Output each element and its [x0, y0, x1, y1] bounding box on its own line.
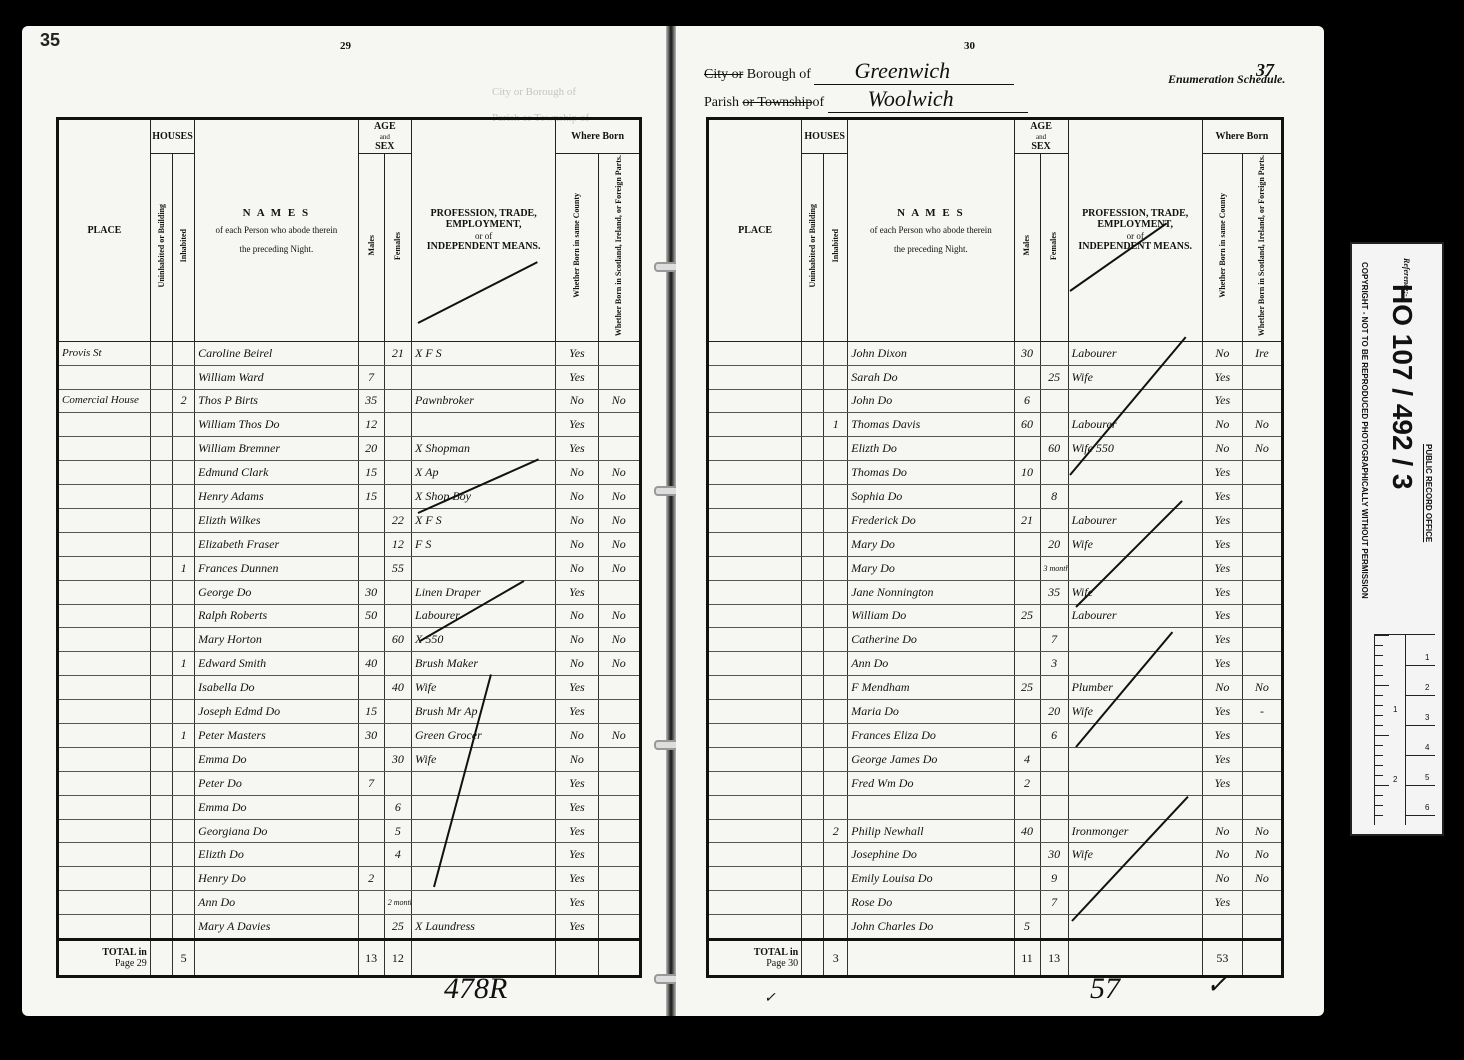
cell-name: Emily Louisa Do — [848, 867, 1014, 891]
cell-place — [708, 485, 802, 509]
ruler-cm-label: 5 — [1425, 773, 1429, 782]
cell-uninhabited — [150, 532, 172, 556]
cell-profession: X Shopman — [412, 437, 556, 461]
cell-males — [1014, 843, 1040, 867]
cell-place — [58, 843, 151, 867]
total-cell — [150, 940, 172, 977]
cell-place — [708, 915, 802, 940]
col-header-names: N A M E S of each Person who abode there… — [195, 119, 358, 342]
cell-females — [384, 867, 411, 891]
cell-name: Ann Do — [195, 891, 358, 915]
col-header-houses: HOUSES — [150, 119, 194, 154]
cell-profession — [1068, 628, 1202, 652]
cell-profession — [1068, 556, 1202, 580]
cell-foreign — [1242, 628, 1282, 652]
cell-males — [358, 819, 384, 843]
cell-females — [384, 580, 411, 604]
cell-name: Ralph Roberts — [195, 604, 358, 628]
cell-females: 30 — [1040, 843, 1068, 867]
cell-county: Yes — [556, 580, 598, 604]
cell-uninhabited — [802, 915, 824, 940]
cell-county: No — [556, 652, 598, 676]
cell-county: No — [556, 604, 598, 628]
ruler-cm-label: 4 — [1425, 743, 1429, 752]
cell-name: Philip Newhall — [848, 819, 1014, 843]
cell-uninhabited — [150, 843, 172, 867]
cell-uninhabited — [150, 508, 172, 532]
table-row: Jane Nonnington35WifeYes — [708, 580, 1283, 604]
cell-females — [384, 604, 411, 628]
ruler-cm-label: 6 — [1425, 803, 1429, 812]
cell-foreign: No — [598, 389, 640, 413]
table-row: F Mendham25PlumberNoNo — [708, 676, 1283, 700]
cell-foreign — [598, 891, 640, 915]
cell-inhabited — [172, 580, 194, 604]
table-row: Emma Do30WifeNo — [58, 747, 641, 771]
table-row: John Charles Do5 — [708, 915, 1283, 940]
cell-place — [708, 413, 802, 437]
table-row: Rose Do7Yes — [708, 891, 1283, 915]
total-cell: 13 — [1040, 940, 1068, 977]
col-header-names: N A M E S of each Person who abode there… — [848, 119, 1014, 342]
table-row: Emma Do6Yes — [58, 795, 641, 819]
table-row: Catherine Do7Yes — [708, 628, 1283, 652]
col-header-uninhabited: Uninhabited or Building — [802, 154, 824, 342]
cell-county: Yes — [556, 365, 598, 389]
cell-profession: Linen Draper — [412, 580, 556, 604]
cell-females — [384, 771, 411, 795]
cell-county: Yes — [1202, 365, 1242, 389]
cell-foreign — [598, 867, 640, 891]
cell-inhabited — [172, 795, 194, 819]
cell-name: Mary Horton — [195, 628, 358, 652]
cell-place — [58, 795, 151, 819]
cell-inhabited — [172, 819, 194, 843]
cell-females: 3 — [1040, 652, 1068, 676]
cell-profession: Wife — [412, 747, 556, 771]
cell-inhabited — [824, 461, 848, 485]
cell-inhabited — [172, 628, 194, 652]
cell-place — [708, 724, 802, 748]
cell-place — [708, 795, 802, 819]
total-label: TOTAL inPage 29 — [58, 940, 151, 977]
cell-inhabited — [824, 604, 848, 628]
cell-foreign — [1242, 508, 1282, 532]
total-cell: 5 — [172, 940, 194, 977]
cell-place — [708, 628, 802, 652]
cell-profession: Pawnbroker — [412, 389, 556, 413]
cell-name: Ann Do — [848, 652, 1014, 676]
table-row: Joseph Edmd Do15Brush Mr ApYes — [58, 700, 641, 724]
total-cell: 3 — [824, 940, 848, 977]
cell-profession: X Ap — [412, 461, 556, 485]
cell-males — [358, 915, 384, 940]
total-cell — [848, 940, 1014, 977]
cell-inhabited — [824, 724, 848, 748]
cell-place — [708, 771, 802, 795]
cell-profession — [1068, 795, 1202, 819]
cell-uninhabited — [150, 604, 172, 628]
cell-females: 4 — [384, 843, 411, 867]
cell-inhabited — [824, 365, 848, 389]
cell-profession — [1068, 771, 1202, 795]
table-row: Mary Do3 monthsYes — [708, 556, 1283, 580]
public-record-office-reference-tag: Reference:- HO 107 / 492 / 3 COPYRIGHT -… — [1350, 242, 1444, 836]
cell-foreign: No — [598, 556, 640, 580]
cell-county: Yes — [556, 437, 598, 461]
table-row: Josephine Do30WifeNoNo — [708, 843, 1283, 867]
table-row: Comercial House2Thos P Birts35Pawnbroker… — [58, 389, 641, 413]
page-number: 30 — [964, 40, 975, 52]
cell-profession: X Laundress — [412, 915, 556, 940]
table-row: Georgiana Do5Yes — [58, 819, 641, 843]
cell-foreign — [598, 700, 640, 724]
table-row: Sophia Do8Yes — [708, 485, 1283, 509]
schedule-number: 37 — [1256, 60, 1274, 81]
table-row: William Ward7Yes — [58, 365, 641, 389]
cell-males: 15 — [358, 485, 384, 509]
cell-place — [708, 819, 802, 843]
cell-uninhabited — [802, 604, 824, 628]
cell-place — [58, 771, 151, 795]
cell-uninhabited — [802, 365, 824, 389]
cell-name: Elizth Wilkes — [195, 508, 358, 532]
cell-inhabited — [172, 532, 194, 556]
cell-foreign: No — [1242, 867, 1282, 891]
cell-county: Yes — [556, 819, 598, 843]
cell-uninhabited — [802, 724, 824, 748]
cell-inhabited — [172, 700, 194, 724]
cell-males: 2 — [1014, 771, 1040, 795]
cell-females: 8 — [1040, 485, 1068, 509]
cell-uninhabited — [150, 700, 172, 724]
cell-uninhabited — [150, 819, 172, 843]
cell-foreign — [1242, 389, 1282, 413]
cell-males — [358, 508, 384, 532]
table-row: John Do6Yes — [708, 389, 1283, 413]
col-header-where-born: Where Born — [1202, 119, 1282, 154]
cell-females: 2 months — [384, 891, 411, 915]
total-row: TOTAL inPage 2951312 — [58, 940, 641, 977]
cell-males — [1014, 795, 1040, 819]
cell-females — [384, 652, 411, 676]
cell-males: 15 — [358, 700, 384, 724]
cell-uninhabited — [802, 413, 824, 437]
col-header-inhabited: Inhabited — [172, 154, 194, 342]
cell-inhabited — [172, 867, 194, 891]
cell-males: 5 — [1014, 915, 1040, 940]
cell-place — [708, 556, 802, 580]
cell-males: 2 — [358, 867, 384, 891]
cell-foreign — [1242, 365, 1282, 389]
cell-inhabited — [172, 508, 194, 532]
total-cell — [1242, 940, 1282, 977]
footer-small-tick: ✓ — [764, 990, 776, 1007]
cell-foreign: No — [1242, 819, 1282, 843]
cell-county: No — [1202, 437, 1242, 461]
cell-place — [708, 867, 802, 891]
cell-males: 4 — [1014, 747, 1040, 771]
cell-profession — [1068, 867, 1202, 891]
cell-inhabited: 1 — [172, 652, 194, 676]
cell-profession — [1068, 747, 1202, 771]
cell-foreign — [598, 341, 640, 365]
table-row: George James Do4Yes — [708, 747, 1283, 771]
cell-inhabited — [172, 604, 194, 628]
cell-name: George Do — [195, 580, 358, 604]
cell-inhabited — [824, 389, 848, 413]
cell-place — [58, 532, 151, 556]
cell-foreign — [1242, 604, 1282, 628]
cell-foreign — [598, 580, 640, 604]
cell-name: Fred Wm Do — [848, 771, 1014, 795]
cell-name: Caroline Beirel — [195, 341, 358, 365]
cell-males: 30 — [358, 724, 384, 748]
cell-inhabited: 2 — [824, 819, 848, 843]
cell-name: Catherine Do — [848, 628, 1014, 652]
cell-males: 7 — [358, 771, 384, 795]
cell-inhabited — [824, 867, 848, 891]
cell-males — [1014, 724, 1040, 748]
cell-name: Edward Smith — [195, 652, 358, 676]
table-row: George Do30Linen DraperYes — [58, 580, 641, 604]
table-row: Peter Do7Yes — [58, 771, 641, 795]
cell-females: 35 — [1040, 580, 1068, 604]
cell-county: Yes — [1202, 724, 1242, 748]
cell-females — [384, 700, 411, 724]
cell-profession: Labourer — [1068, 604, 1202, 628]
cell-inhabited — [824, 676, 848, 700]
cell-place — [708, 437, 802, 461]
ruler-cm-label: 1 — [1425, 653, 1429, 662]
cell-males — [1014, 556, 1040, 580]
table-row: Frederick Do21LabourerYes — [708, 508, 1283, 532]
cell-place — [58, 652, 151, 676]
table-row: 1Edward Smith40Brush MakerNoNo — [58, 652, 641, 676]
cell-name: F Mendham — [848, 676, 1014, 700]
table-row: Henry Adams15X Shop BoyNoNo — [58, 485, 641, 509]
cell-name: Mary A Davies — [195, 915, 358, 940]
cell-females — [384, 365, 411, 389]
cell-foreign — [1242, 771, 1282, 795]
cell-foreign: No — [1242, 413, 1282, 437]
total-cell: 12 — [384, 940, 411, 977]
cell-county: Yes — [1202, 532, 1242, 556]
cell-name: Peter Masters — [195, 724, 358, 748]
cell-inhabited — [172, 843, 194, 867]
cell-males — [1014, 365, 1040, 389]
cell-county: Yes — [1202, 652, 1242, 676]
cell-foreign — [1242, 795, 1282, 819]
cell-females: 55 — [384, 556, 411, 580]
borough-line: City or Borough of Greenwich — [704, 58, 1014, 85]
col-header-uninhabited: Uninhabited or Building — [150, 154, 172, 342]
cell-county: Yes — [556, 413, 598, 437]
cell-place — [708, 389, 802, 413]
total-cell — [802, 940, 824, 977]
cell-county: No — [556, 485, 598, 509]
cell-males: 25 — [1014, 676, 1040, 700]
cell-foreign — [1242, 747, 1282, 771]
cell-profession — [412, 556, 556, 580]
cell-place — [58, 700, 151, 724]
cell-name: Mary Do — [848, 532, 1014, 556]
cell-profession — [1068, 461, 1202, 485]
cell-foreign — [598, 437, 640, 461]
cell-males — [358, 843, 384, 867]
cell-males: 20 — [358, 437, 384, 461]
table-row: Ralph Roberts50LabourerNoNo — [58, 604, 641, 628]
cell-males — [1014, 891, 1040, 915]
cell-place — [58, 508, 151, 532]
cell-county: Yes — [1202, 747, 1242, 771]
cell-county: Yes — [1202, 461, 1242, 485]
cell-uninhabited — [802, 532, 824, 556]
cell-name: Emma Do — [195, 795, 358, 819]
cell-males: 60 — [1014, 413, 1040, 437]
col-header-foreign-parts: Whether Born in Scotland, Ireland, or Fo… — [1242, 154, 1282, 342]
cell-foreign — [598, 747, 640, 771]
book-gutter — [666, 26, 676, 1016]
cell-males: 12 — [358, 413, 384, 437]
cell-place — [708, 676, 802, 700]
cell-county: Yes — [556, 341, 598, 365]
cell-uninhabited — [802, 628, 824, 652]
cell-name: Elizabeth Fraser — [195, 532, 358, 556]
cell-profession: Labourer — [1068, 413, 1202, 437]
cell-foreign — [598, 795, 640, 819]
cell-females — [384, 461, 411, 485]
cell-inhabited — [172, 891, 194, 915]
cell-name: William Bremner — [195, 437, 358, 461]
cell-females: 5 — [384, 819, 411, 843]
cell-county: Yes — [1202, 580, 1242, 604]
cell-place — [58, 891, 151, 915]
cell-county: No — [556, 508, 598, 532]
cell-foreign: No — [598, 508, 640, 532]
table-row: Sarah Do25WifeYes — [708, 365, 1283, 389]
cell-inhabited — [824, 700, 848, 724]
cell-females: 30 — [384, 747, 411, 771]
table-row: Ann Do3Yes — [708, 652, 1283, 676]
reference-number: HO 107 / 492 / 3 — [1386, 284, 1418, 489]
cell-females: 6 — [384, 795, 411, 819]
cell-uninhabited — [150, 365, 172, 389]
cell-uninhabited — [150, 771, 172, 795]
cell-uninhabited — [802, 867, 824, 891]
cell-county: No — [556, 747, 598, 771]
cell-county — [1202, 915, 1242, 940]
cell-place — [58, 556, 151, 580]
cell-uninhabited — [150, 437, 172, 461]
census-table-page-29: PLACE HOUSES N A M E S of each Person wh… — [56, 117, 642, 978]
cell-county: Yes — [1202, 485, 1242, 509]
cell-inhabited — [824, 652, 848, 676]
cell-name: Peter Do — [195, 771, 358, 795]
cell-females — [1040, 819, 1068, 843]
cell-uninhabited — [802, 747, 824, 771]
cell-profession — [412, 843, 556, 867]
cell-uninhabited — [802, 700, 824, 724]
cell-males: 40 — [1014, 819, 1040, 843]
cell-name: William Thos Do — [195, 413, 358, 437]
cell-females — [1040, 747, 1068, 771]
cell-uninhabited — [802, 819, 824, 843]
table-row: Ann Do2 monthsYes — [58, 891, 641, 915]
cell-uninhabited — [150, 795, 172, 819]
cell-county — [1202, 795, 1242, 819]
cell-uninhabited — [150, 628, 172, 652]
cell-county: Yes — [1202, 604, 1242, 628]
cell-females — [1040, 341, 1068, 365]
cell-inhabited — [172, 437, 194, 461]
col-header-same-county: Whether Born in same County — [1202, 154, 1242, 342]
cell-place — [708, 365, 802, 389]
cell-name: John Charles Do — [848, 915, 1014, 940]
total-cell: 11 — [1014, 940, 1040, 977]
cell-inhabited — [824, 485, 848, 509]
cell-foreign — [598, 915, 640, 940]
cell-females: 60 — [1040, 437, 1068, 461]
table-row: Mary A Davies25X LaundressYes — [58, 915, 641, 940]
cell-females: 40 — [384, 676, 411, 700]
cell-name: Georgiana Do — [195, 819, 358, 843]
col-header-profession: PROFESSION, TRADE, EMPLOYMENT, or of IND… — [412, 119, 556, 342]
cell-name: John Dixon — [848, 341, 1014, 365]
cell-uninhabited — [150, 676, 172, 700]
cell-inhabited — [824, 532, 848, 556]
cell-uninhabited — [150, 580, 172, 604]
cell-name: Frances Dunnen — [195, 556, 358, 580]
cell-name: Henry Adams — [195, 485, 358, 509]
cell-males: 25 — [1014, 604, 1040, 628]
cell-females: 21 — [384, 341, 411, 365]
cell-profession: Wife 550 — [1068, 437, 1202, 461]
cell-county: Yes — [1202, 771, 1242, 795]
total-cell: 13 — [358, 940, 384, 977]
cell-foreign: No — [1242, 437, 1282, 461]
cell-name: Sarah Do — [848, 365, 1014, 389]
cell-inhabited — [824, 580, 848, 604]
col-header-profession: PROFESSION, TRADE, EMPLOYMENT, or of IND… — [1068, 119, 1202, 342]
cell-foreign: No — [598, 485, 640, 509]
cell-profession: Brush Maker — [412, 652, 556, 676]
table-row: 2Philip Newhall40IronmongerNoNo — [708, 819, 1283, 843]
cell-males: 7 — [358, 365, 384, 389]
table-row: Mary Horton60X 550NoNo — [58, 628, 641, 652]
cell-place — [58, 580, 151, 604]
cell-inhabited: 1 — [172, 724, 194, 748]
cell-females: 25 — [384, 915, 411, 940]
cell-females — [1040, 461, 1068, 485]
cell-females — [1040, 795, 1068, 819]
cell-uninhabited — [150, 461, 172, 485]
cell-males: 50 — [358, 604, 384, 628]
cell-uninhabited — [150, 341, 172, 365]
ruler-cm-label: 2 — [1425, 683, 1429, 692]
cell-uninhabited — [150, 556, 172, 580]
cell-name: Thos P Birts — [195, 389, 358, 413]
cell-males — [1014, 437, 1040, 461]
col-header-females: Females — [1040, 154, 1068, 342]
cell-name: Isabella Do — [195, 676, 358, 700]
cell-profession — [412, 413, 556, 437]
cell-profession: F S — [412, 532, 556, 556]
cell-uninhabited — [802, 843, 824, 867]
cell-males — [1014, 532, 1040, 556]
cell-profession — [1068, 652, 1202, 676]
census-rows: John Dixon30LabourerNoIreSarah Do25WifeY… — [708, 341, 1283, 976]
